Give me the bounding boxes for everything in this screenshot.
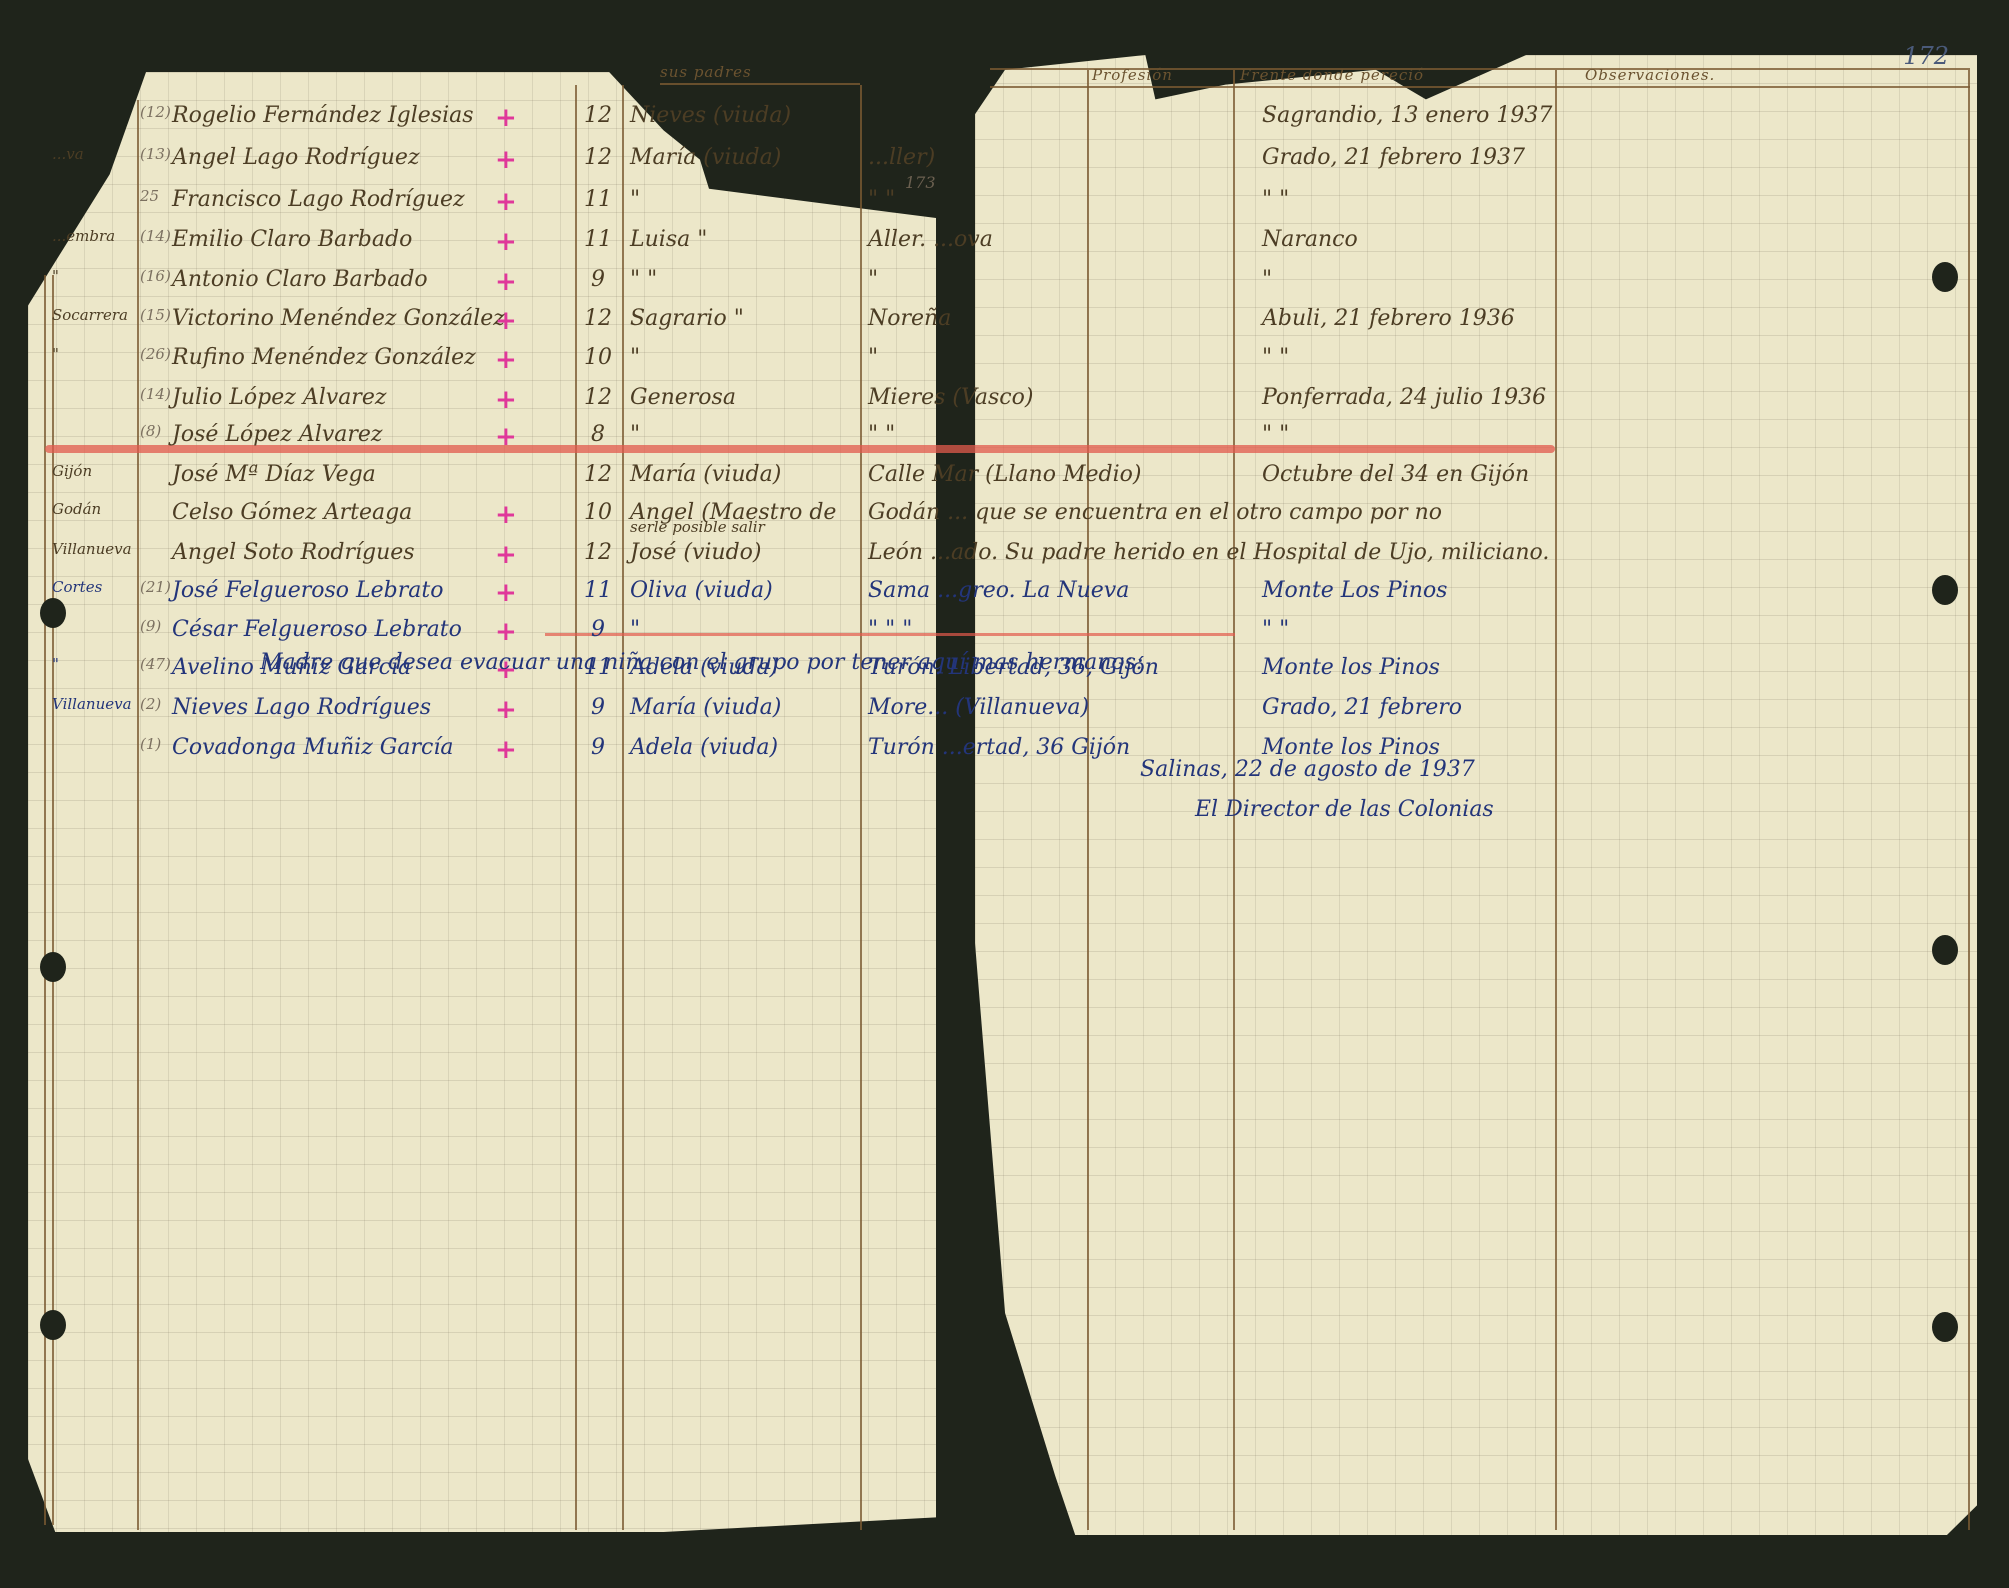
page-number: 172 [1903,42,1949,70]
row-frente: " " [1262,187,1289,212]
row-padres: María (viuda) [630,462,781,487]
cross-mark-icon: + [495,145,517,175]
row-padres: Oliva (viuda) [630,578,773,603]
row-age: 12 [578,145,618,170]
row-age: 11 [578,227,618,252]
binder-hole [1932,1312,1958,1342]
row-origin: ...va [52,145,84,163]
row-frente: Ponferrada, 24 julio 1936 [1262,385,1546,410]
header-observaciones: Observaciones. [1585,66,1715,84]
row-domicilio: " " [868,422,895,447]
table-row: Socarrera(15)Victorino Menéndez González… [0,306,2009,348]
signature-signer: El Director de las Colonias [1195,797,1494,822]
row-padres: " [630,422,640,447]
row-frente: Naranco [1262,227,1358,252]
table-row: GijónJosé Mª Díaz Vega12María (viuda)Cal… [0,462,2009,504]
row-padres: " [630,617,640,642]
row-domicilio: Calle Mar (Llano Medio) [868,462,1141,487]
row-number: (13) [140,145,171,163]
cross-mark-icon: + [495,306,517,336]
row-domicilio: León ...ado. Su padre herido en el Hospi… [868,540,1549,565]
table-row: (1)Covadonga Muñiz García+9Adela (viuda)… [0,735,2009,777]
row-age: 12 [578,462,618,487]
row-name: Rufino Menéndez González [172,345,476,370]
table-row: "(16)Antonio Claro Barbado+9" """ [0,267,2009,309]
binder-hole [40,1310,66,1340]
cross-mark-icon: + [495,735,517,765]
cross-mark-icon: + [495,227,517,257]
row-name: Nieves Lago Rodrígues [172,695,431,720]
cross-mark-icon: + [495,345,517,375]
row-origin: " [52,345,59,363]
binder-hole [1932,935,1958,965]
row-domicilio: ...ller) [868,145,935,170]
row-name: Angel Soto Rodrígues [172,540,415,565]
row-padres: " " [630,267,657,292]
row-frente: " " [1262,422,1289,447]
row-number: (2) [140,695,161,713]
row-origin: Socarrera [52,306,128,324]
cross-mark-icon: + [495,187,517,217]
row-domicilio: Godán ... que se encuentra en el otro ca… [868,500,1442,525]
binder-hole [40,952,66,982]
table-row: 25Francisco Lago Rodríguez+11"" "" " [0,187,2009,229]
table-row: "(26)Rufino Menéndez González+10""" " [0,345,2009,387]
row-number: (14) [140,385,171,403]
row-name: César Felgueroso Lebrato [172,617,462,642]
row-frente: Octubre del 34 en Gijón [1262,462,1529,487]
row-padres: Luisa " [630,227,707,252]
table-row: GodánCelso Gómez Arteaga+10Angel (Maestr… [0,500,2009,542]
row-age: 12 [578,385,618,410]
table-row: (14)Julio López Alvarez+12GenerosaMieres… [0,385,2009,427]
row-domicilio: " " [868,187,895,212]
row-frente: Monte Los Pinos [1262,578,1447,603]
row-age: 11 [578,187,618,212]
row-name: José Felgueroso Lebrato [172,578,443,603]
row-padres: María (viuda) [630,695,781,720]
row-number: (26) [140,345,171,363]
header-profesion: Profesión [1092,66,1173,84]
row-age: 10 [578,345,618,370]
header-line [660,83,860,85]
row-age: 12 [578,540,618,565]
row-name: Victorino Menéndez González [172,306,505,331]
row-name: Julio López Alvarez [172,385,386,410]
row-padres: José (viudo) [630,540,762,565]
binder-hole [1932,575,1958,605]
binder-hole [1932,262,1958,292]
cross-mark-icon: + [495,500,517,530]
header-padres: sus padres [660,63,752,81]
madre-note: Madre que desea evacuar una niña con el … [260,650,1143,675]
row-frente: Abuli, 21 febrero 1936 [1262,306,1515,331]
row-frente: " [1262,267,1272,292]
cross-mark-icon: + [495,540,517,570]
row-padres: " [630,187,640,212]
row-origin: " [52,267,59,285]
row-name: Rogelio Fernández Iglesias [172,103,474,128]
row-age: 8 [578,422,618,447]
row-age: 9 [578,695,618,720]
row-domicilio: " " " [868,617,912,642]
table-row: Villanueva(2)Nieves Lago Rodrígues+9Marí… [0,695,2009,737]
row-name: José López Alvarez [172,422,383,447]
row-origin: Gijón [52,462,92,480]
row-origin: Villanueva [52,540,132,558]
row-frente: Grado, 21 febrero 1937 [1262,145,1525,170]
row-padres: Nieves (viuda) [630,103,791,128]
row-domicilio: " [868,345,878,370]
row-padres: Sagrario " [630,306,744,331]
table-row: ...embra(14)Emilio Claro Barbado+11Luisa… [0,227,2009,269]
row-subnote: serle posible salir [630,518,765,536]
row-name: José Mª Díaz Vega [172,462,376,487]
row-number: (15) [140,306,171,324]
row-frente: " " [1262,345,1289,370]
row-domicilio: " [868,267,878,292]
row-frente: Monte los Pinos [1262,655,1440,680]
row-number: (21) [140,578,171,596]
row-origin: Godán [52,500,101,518]
row-name: Celso Gómez Arteaga [172,500,412,525]
row-number: (47) [140,655,171,673]
row-padres: María (viuda) [630,145,781,170]
table-row: ...va(13)Angel Lago Rodríguez+12María (v… [0,145,2009,187]
cross-mark-icon: + [495,617,517,647]
row-age: 12 [578,306,618,331]
row-origin: Villanueva [52,695,132,713]
row-name: Antonio Claro Barbado [172,267,428,292]
row-frente: Grado, 21 febrero [1262,695,1462,720]
binder-hole [40,598,66,628]
cross-mark-icon: + [495,267,517,297]
row-padres: Generosa [630,385,736,410]
cross-mark-icon: + [495,695,517,725]
cross-mark-icon: + [495,578,517,608]
row-age: 9 [578,735,618,760]
row-padres: " [630,345,640,370]
cross-mark-icon: + [495,385,517,415]
row-age: 9 [578,617,618,642]
row-domicilio: Sama ...greo. La Nueva [868,578,1129,603]
table-row: (8)José López Alvarez+8"" "" " [0,422,2009,464]
row-number: (14) [140,227,171,245]
row-name: Emilio Claro Barbado [172,227,412,252]
row-age: 10 [578,500,618,525]
cross-mark-icon: + [495,103,517,133]
table-row: Cortes(21)José Felgueroso Lebrato+11Oliv… [0,578,2009,620]
row-number: (9) [140,617,161,635]
signature-place-date: Salinas, 22 de agosto de 1937 [1140,757,1475,782]
row-name: Angel Lago Rodríguez [172,145,420,170]
row-age: 12 [578,103,618,128]
table-row: VillanuevaAngel Soto Rodrígues+12José (v… [0,540,2009,582]
row-domicilio: Turón ...ertad, 36 Gijón [868,735,1130,760]
row-origin: Cortes [52,578,102,596]
row-number: (16) [140,267,171,285]
row-origin: ...embra [52,227,115,245]
row-frente: Sagrandio, 13 enero 1937 [1262,103,1552,128]
row-age: 9 [578,267,618,292]
row-name: Francisco Lago Rodríguez [172,187,465,212]
header-frente: Frente donde pereció [1240,66,1424,84]
row-name: Covadonga Muñiz García [172,735,453,760]
row-frente: " " [1262,617,1289,642]
row-domicilio: Aller. ...ova [868,227,993,252]
cross-mark-icon: + [495,422,517,452]
row-number: 25 [140,187,159,205]
row-domicilio: Noreña [868,306,951,331]
row-number: (8) [140,422,161,440]
row-domicilio: Mieres (Vasco) [868,385,1033,410]
row-padres: Adela (viuda) [630,735,778,760]
row-age: 11 [578,578,618,603]
table-row: (12)Rogelio Fernández Iglesias+12Nieves … [0,103,2009,145]
row-number: (12) [140,103,171,121]
row-origin: " [52,655,59,673]
header-line [990,86,1970,88]
row-number: (1) [140,735,161,753]
row-domicilio: More... (Villanueva) [868,695,1089,720]
